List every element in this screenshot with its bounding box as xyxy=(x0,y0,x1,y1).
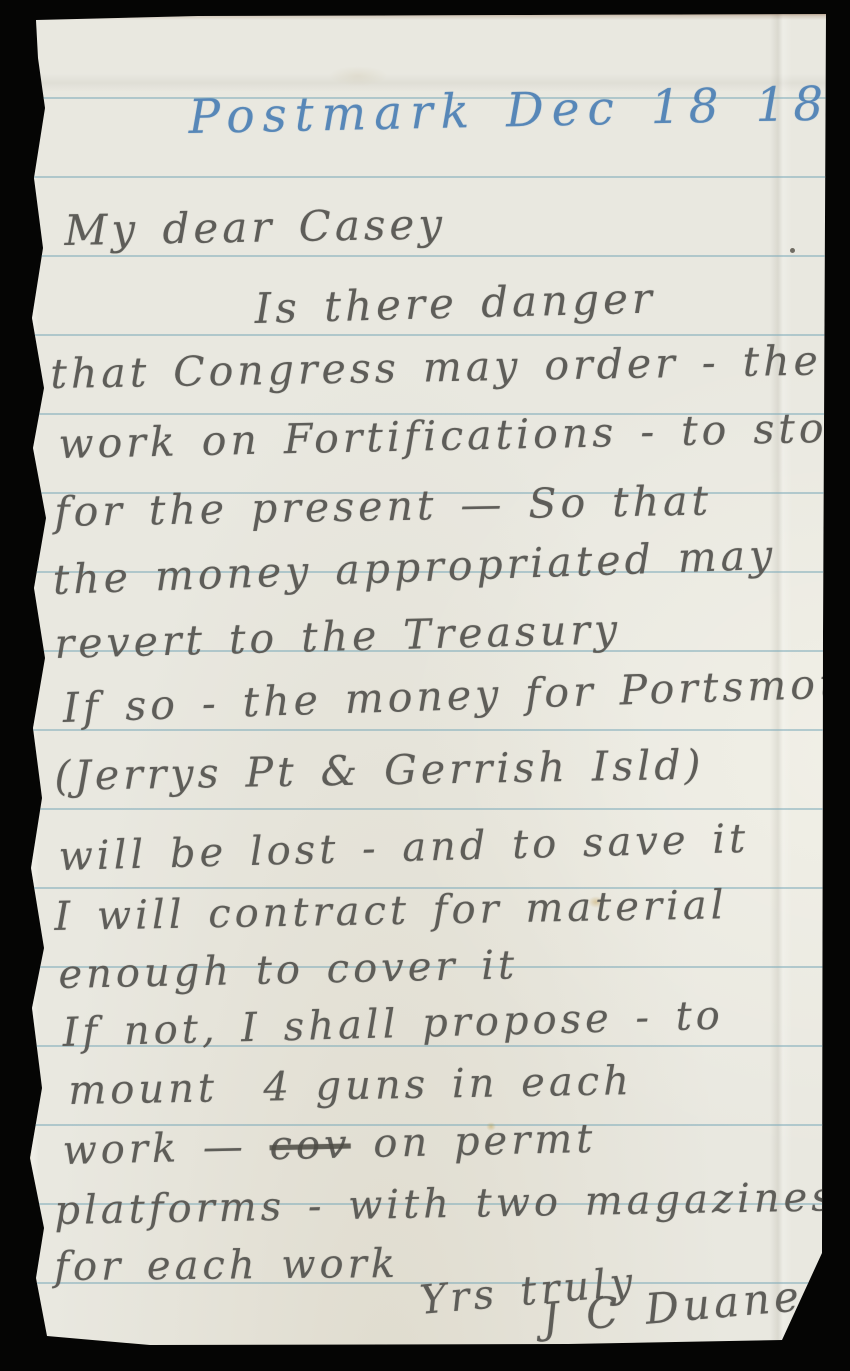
photo-background: Postmark Dec 18 1873 My dear Casey Is th… xyxy=(0,0,850,1371)
body-line-13: mount 4 guns in each xyxy=(68,1058,633,1114)
body-line-1: Is there danger xyxy=(254,273,657,332)
body-line-16: for each work xyxy=(54,1241,399,1290)
body-line-11: enough to cover it xyxy=(58,942,519,998)
letter-paper: Postmark Dec 18 1873 My dear Casey Is th… xyxy=(28,14,828,1354)
body-line-14-pre: work — xyxy=(62,1123,270,1174)
salutation-line: My dear Casey xyxy=(64,199,446,255)
body-line-14-post: on permt xyxy=(350,1116,597,1168)
strikethrough-word: cov xyxy=(269,1121,351,1169)
stain-spot xyxy=(790,248,795,253)
stain-spot xyxy=(328,66,388,86)
